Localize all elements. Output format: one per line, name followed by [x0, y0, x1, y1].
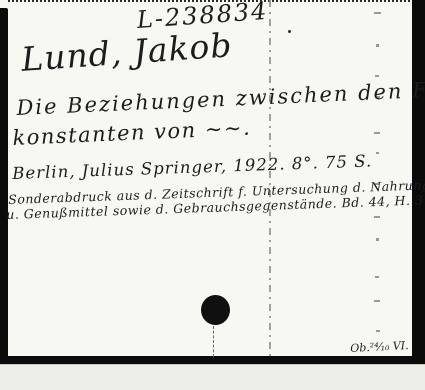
edge-marks [376, 44, 379, 47]
punch-hole-slit [213, 326, 214, 357]
title-line-1: Die Beziehungen zwischen den Fett- [16, 76, 425, 120]
edge-marks [376, 330, 380, 332]
scanner-background-strip [0, 364, 425, 390]
edge-marks [374, 132, 380, 134]
card-fold-line [269, 0, 271, 356]
shelf-mark: Ob.²⁴⁄₁₀ VI. [350, 339, 409, 355]
catalog-card-scan: L-238834 Lund, Jakob Die Beziehungen zwi… [0, 0, 425, 390]
title-line-2: konstanten von ~~. [12, 116, 252, 150]
edge-marks [375, 75, 379, 77]
scan-border-left [0, 8, 8, 358]
author-heading: Lund, Jakob [20, 25, 234, 79]
imprint-line: Berlin, Julius Springer, 1922. 8°. 75 S. [12, 151, 373, 183]
ink-speck [288, 30, 291, 33]
edge-marks [375, 276, 379, 278]
edge-marks [376, 152, 379, 154]
scan-border-bottom [0, 356, 425, 364]
edge-marks [374, 216, 380, 218]
edge-marks [374, 300, 380, 302]
punch-hole [201, 295, 230, 325]
edge-marks [376, 238, 379, 241]
edge-marks [374, 12, 381, 14]
